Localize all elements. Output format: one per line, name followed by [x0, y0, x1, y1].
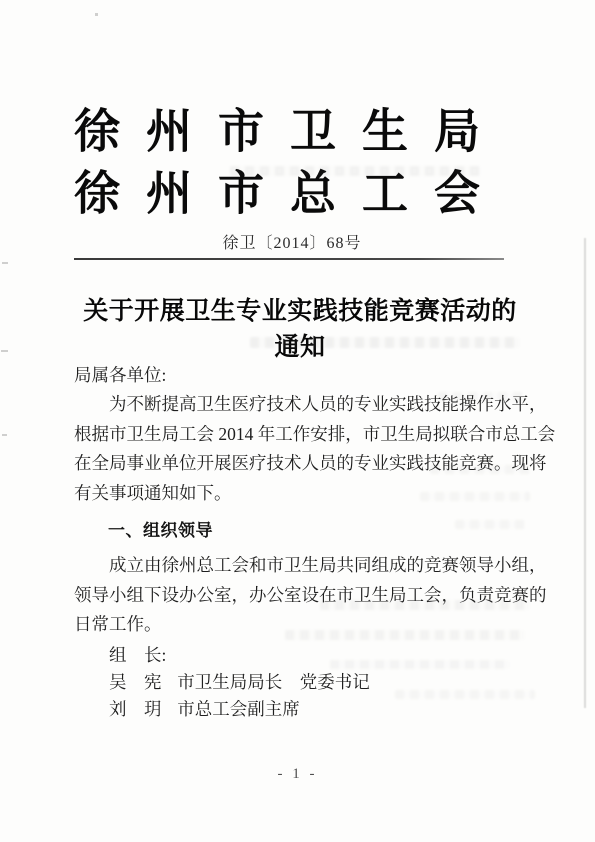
leaders-label: 组 长: [74, 642, 526, 669]
paragraph-line: 成立由徐州总工会和市卫生局共同组成的竞赛领导小组， [74, 551, 526, 580]
scan-edge-mark [1, 350, 8, 352]
leader-position: 市总工会副主席 [177, 699, 300, 719]
leader-row: 刘 玥市总工会副主席 [74, 696, 526, 723]
scanned-document-page: 徐州市卫生局 徐州市总工会 徐卫〔2014〕68号 关于开展卫生专业实践技能竞赛… [0, 0, 595, 842]
paragraph-line: 为不断提高卫生医疗技术人员的专业实践技能操作水平， [74, 390, 526, 419]
paragraph-1: 为不断提高卫生医疗技术人员的专业实践技能操作水平， 根据市卫生局工会 2014 … [74, 390, 526, 508]
scan-speck [95, 13, 98, 16]
scan-edge-mark [2, 262, 8, 264]
paragraph-line: 有关事项通知如下。 [74, 479, 526, 508]
document-number: 徐卫〔2014〕68号 [74, 232, 510, 256]
leader-name: 刘 玥 [109, 699, 162, 719]
leader-position: 市卫生局局长 党委书记 [177, 672, 370, 692]
section-heading-1: 一、组织领导 [74, 516, 526, 545]
paragraph-line: 领导小组下设办公室，办公室设在市卫生局工会，负责竞赛的 [74, 581, 526, 610]
paragraph-line: 日常工作。 [74, 610, 526, 639]
paragraph-line: 在全局事业单位开展医疗技术人员的专业实践技能竞赛。现将 [74, 449, 526, 478]
leader-name: 吴 宪 [109, 672, 162, 692]
leaders-list: 组 长: 吴 宪市卫生局局长 党委书记 刘 玥市总工会副主席 [74, 642, 526, 723]
letterhead-line-1: 徐州市卫生局 [74, 105, 480, 158]
document-body: 局属各单位: 为不断提高卫生医疗技术人员的专业实践技能操作水平， 根据市卫生局工… [74, 361, 526, 723]
paragraph-2: 成立由徐州总工会和市卫生局共同组成的竞赛领导小组， 领导小组下设办公室，办公室设… [74, 551, 526, 639]
scan-edge-shadow [584, 238, 586, 708]
paragraph-line: 根据市卫生局工会 2014 年工作安排，市卫生局拟联合市总工会 [74, 420, 526, 449]
letterhead-line-2: 徐州市总工会 [74, 167, 480, 220]
scan-edge-mark [2, 434, 7, 436]
leader-row: 吴 宪市卫生局局长 党委书记 [74, 669, 526, 696]
document-title: 关于开展卫生专业实践技能竞赛活动的通知 [74, 294, 526, 366]
salutation: 局属各单位: [74, 361, 526, 390]
page-number: - 1 - [0, 766, 595, 783]
letterhead-divider-rule [74, 258, 504, 260]
